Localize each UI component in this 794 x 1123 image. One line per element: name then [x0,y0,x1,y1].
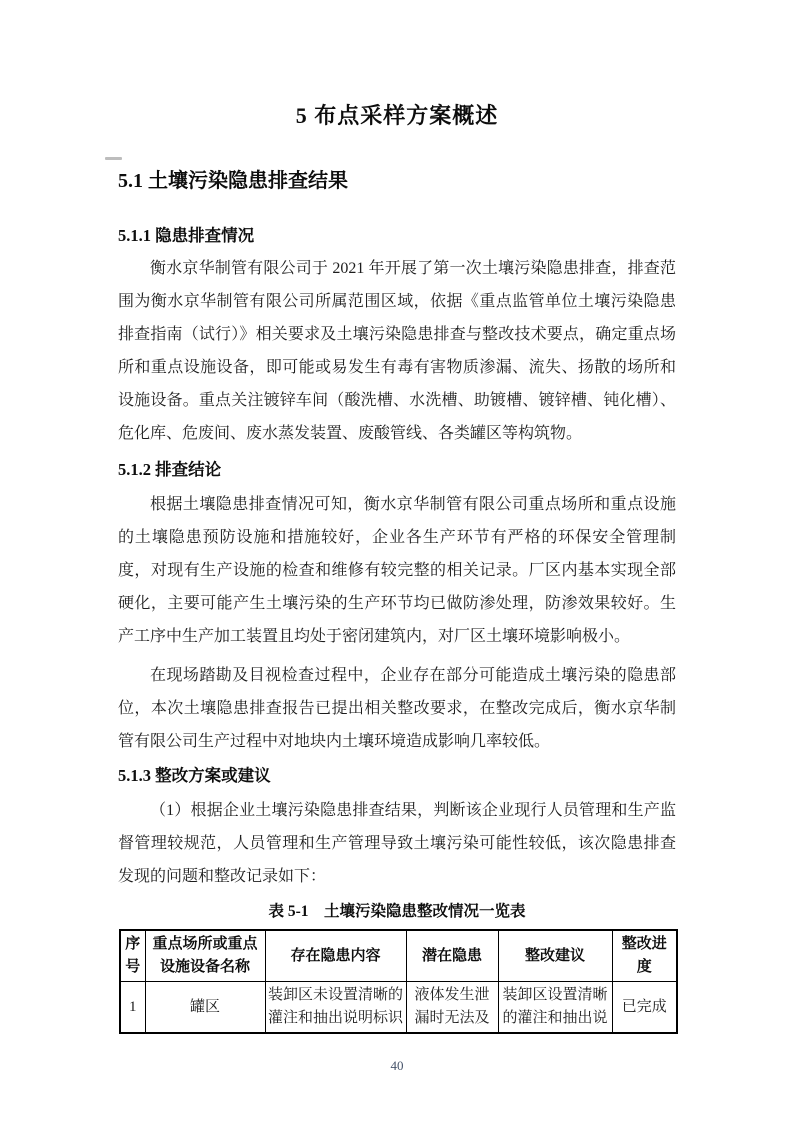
paragraph-rectification-advice: （1）根据企业土壤污染隐患排查结果，判断该企业现行人员管理和生产监督管理较规范，… [118,794,676,893]
table-row: 1 罐区 装卸区未设置清晰的灌注和抽出说明标识 液体发生泄漏时无法及 装卸区设置… [120,982,677,1034]
section-heading-5-1: 5.1 土壤污染隐患排查结果 [118,168,676,194]
table-caption: 表 5-1 土壤污染隐患整改情况一览表 [118,902,676,922]
scan-artifact-mark [105,157,122,160]
paragraph-conclusion-2: 在现场踏勘及目视检查过程中，企业存在部分可能造成土壤污染的隐患部位，本次土壤隐患… [118,659,676,758]
table-header-serial-number: 序号 [120,930,145,982]
table-header-rectification-progress: 整改进度 [612,930,677,982]
paragraph-survey-situation: 衡水京华制管有限公司于 2021 年开展了第一次土壤污染隐患排查，排查范围为衡水… [118,252,676,450]
subsection-heading-5-1-2: 5.1.2 排查结论 [118,459,676,481]
table-header-row: 序号 重点场所或重点设施设备名称 存在隐患内容 潜在隐患 整改建议 整改进度 [120,930,677,982]
cell-key-facility-name: 罐区 [145,982,265,1034]
table-header-hazard-content: 存在隐患内容 [265,930,406,982]
cell-rectification-progress: 已完成 [612,982,677,1034]
subsection-heading-5-1-1: 5.1.1 隐患排查情况 [118,225,676,247]
paragraph-conclusion-1: 根据土壤隐患排查情况可知，衡水京华制管有限公司重点场所和重点设施的土壤隐患预防设… [118,488,676,653]
cell-hazard-content: 装卸区未设置清晰的灌注和抽出说明标识 [265,982,406,1034]
cell-serial-number: 1 [120,982,145,1034]
cell-potential-hazard: 液体发生泄漏时无法及 [406,982,498,1034]
table-header-key-facility-name: 重点场所或重点设施设备名称 [145,930,265,982]
table-header-rectification-suggestion: 整改建议 [498,930,612,982]
subsection-heading-5-1-3: 5.1.3 整改方案或建议 [118,765,676,787]
chapter-title: 5 布点采样方案概述 [118,100,676,132]
cell-rectification-suggestion: 装卸区设置清晰的灌注和抽出说 [498,982,612,1034]
rectification-table: 序号 重点场所或重点设施设备名称 存在隐患内容 潜在隐患 整改建议 整改进度 1… [119,929,678,1034]
document-page: 5 布点采样方案概述 5.1 土壤污染隐患排查结果 5.1.1 隐患排查情况 衡… [0,0,794,1123]
page-number: 40 [118,1058,676,1074]
table-header-potential-hazard: 潜在隐患 [406,930,498,982]
